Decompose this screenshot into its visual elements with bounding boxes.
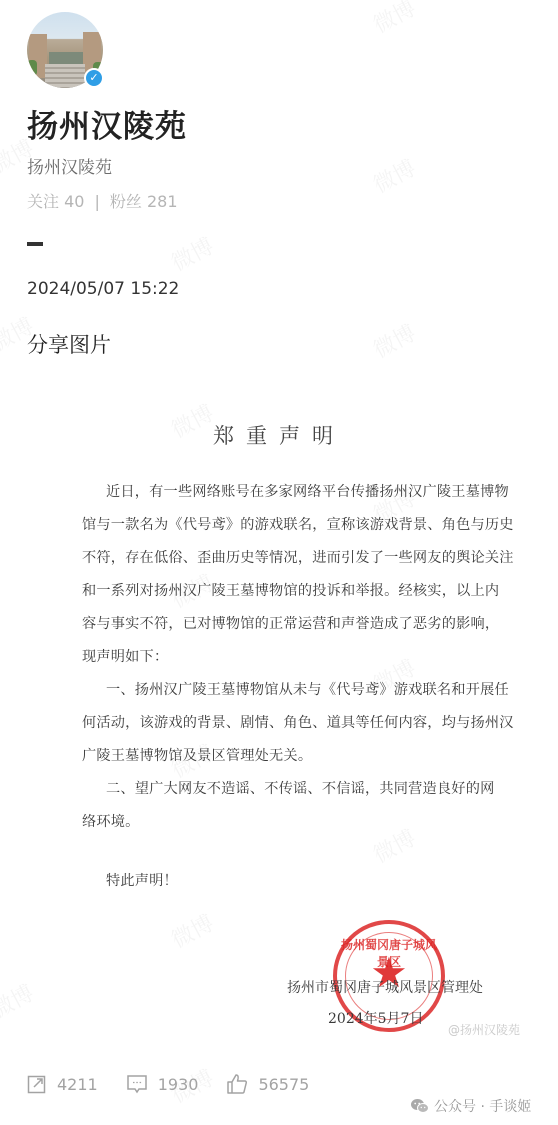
stats-separator: | bbox=[94, 192, 99, 211]
statement-line: 何活动，该游戏的背景、剧情、角色、道具等任何内容，均与扬州汉 bbox=[82, 712, 514, 732]
comment-icon bbox=[126, 1073, 148, 1095]
avatar-steps bbox=[45, 64, 85, 88]
like-button[interactable]: 56575 bbox=[226, 1073, 309, 1095]
comment-count: 1930 bbox=[158, 1075, 199, 1094]
statement-signature: 扬州市蜀冈唐子城风景区管理处 bbox=[287, 977, 483, 997]
followers-link[interactable]: 粉丝 281 bbox=[110, 192, 178, 211]
verified-badge-icon: ✓ bbox=[84, 68, 104, 88]
thumbs-up-icon bbox=[226, 1073, 248, 1095]
wechat-icon bbox=[410, 1098, 430, 1114]
statement-line: 不符，存在低俗、歪曲历史等情况，进而引发了一些网友的舆论关注 bbox=[82, 547, 514, 567]
repost-button[interactable]: 4211 bbox=[27, 1074, 98, 1094]
statement-line: 和一系列对扬州汉广陵王墓博物馆的投诉和举报。经核实，以上内 bbox=[82, 580, 499, 600]
source-attribution: 公众号 · 手谈姬 bbox=[410, 1096, 531, 1116]
like-count: 56575 bbox=[258, 1075, 309, 1094]
profile-name[interactable]: 扬州汉陵苑 bbox=[27, 101, 187, 146]
statement-title: 郑重声明 bbox=[0, 420, 558, 450]
divider-dash bbox=[27, 242, 43, 246]
source-label: 公众号 · 手谈姬 bbox=[434, 1096, 531, 1116]
weibo-watermark: 微博 bbox=[367, 151, 420, 199]
post-timestamp: 2024/05/07 15:22 bbox=[27, 279, 179, 299]
followers-label: 粉丝 bbox=[110, 192, 142, 211]
avatar-hall bbox=[49, 52, 83, 64]
avatar-tree bbox=[27, 60, 37, 76]
repost-icon bbox=[27, 1074, 47, 1094]
repost-count: 4211 bbox=[57, 1075, 98, 1094]
profile-stats: 关注 40|粉丝 281 bbox=[27, 189, 178, 212]
statement-line: 近日，有一些网络账号在多家网络平台传播扬州汉广陵王墓博物 bbox=[106, 481, 509, 501]
followers-count: 281 bbox=[147, 192, 178, 211]
post-text: 分享图片 bbox=[27, 329, 111, 359]
statement-closing: 特此声明！ bbox=[106, 870, 178, 890]
following-label: 关注 bbox=[27, 192, 59, 211]
following-count: 40 bbox=[64, 192, 84, 211]
statement-line: 络环境。 bbox=[82, 811, 140, 831]
statement-line: 二、望广大网友不造谣、不传谣、不信谣，共同营造良好的网 bbox=[106, 778, 494, 798]
profile-subtitle: 扬州汉陵苑 bbox=[27, 153, 112, 178]
statement-line: 广陵王墓博物馆及景区管理处无关。 bbox=[82, 745, 312, 765]
statement-line: 一、扬州汉广陵王墓博物馆从未与《代号鸢》游戏联名和开展任 bbox=[106, 679, 509, 699]
statement-image[interactable]: 郑重声明 近日，有一些网络账号在多家网络平台传播扬州汉广陵王墓博物 馆与一款名为… bbox=[0, 380, 558, 1050]
statement-line: 馆与一款名为《代号鸢》的游戏联名，宣称该游戏背景、角色与历史 bbox=[82, 514, 514, 534]
statement-date: 2024年5月7日 bbox=[328, 1008, 423, 1028]
statement-line: 容与事实不符，已对博物馆的正常运营和声誉造成了恶劣的影响， bbox=[82, 613, 499, 633]
following-link[interactable]: 关注 40 bbox=[27, 192, 84, 211]
action-bar: 4211 1930 56575 bbox=[27, 1073, 337, 1095]
weibo-watermark: 微博 bbox=[367, 0, 420, 40]
comment-button[interactable]: 1930 bbox=[126, 1073, 199, 1095]
weibo-watermark: 微博 bbox=[165, 229, 218, 277]
statement-line: 现声明如下： bbox=[82, 646, 168, 666]
image-watermark: @扬州汉陵苑 bbox=[448, 1021, 520, 1038]
weibo-watermark: 微博 bbox=[367, 316, 420, 364]
